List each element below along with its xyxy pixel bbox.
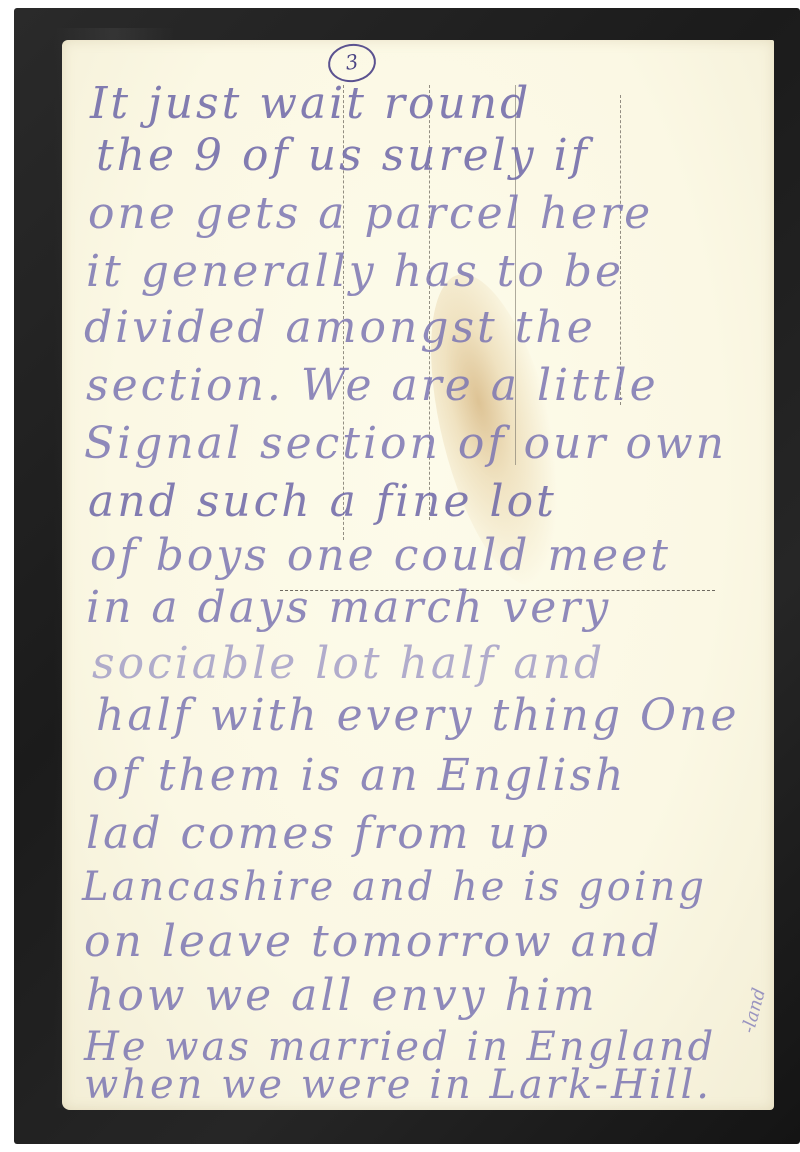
handwritten-line-8: and such a fine lot bbox=[88, 476, 557, 527]
handwritten-line-7: Signal section of our own bbox=[84, 418, 727, 469]
handwritten-line-17: how we all envy him bbox=[86, 970, 598, 1021]
handwritten-line-13: of them is an English bbox=[92, 750, 626, 801]
handwritten-line-16: on leave tomorrow and bbox=[84, 916, 662, 967]
handwritten-line-6: section. We are a little bbox=[86, 360, 659, 411]
handwritten-line-12: half with every thing One bbox=[96, 690, 740, 741]
handwritten-line-3: one gets a parcel here bbox=[88, 188, 653, 239]
handwritten-line-11: sociable lot half and bbox=[92, 638, 605, 689]
handwritten-line-2: the 9 of us surely if bbox=[96, 130, 590, 181]
scanned-postcard: 3 It just wait round the 9 of us surely … bbox=[0, 0, 800, 1152]
handwritten-line-9: of boys one could meet bbox=[90, 530, 671, 581]
handwritten-line-15: Lancashire and he is going bbox=[82, 864, 707, 910]
handwritten-line-14: lad comes from up bbox=[86, 808, 551, 859]
handwritten-line-4: it generally has to be bbox=[86, 246, 624, 297]
handwritten-line-5: divided amongst the bbox=[84, 302, 596, 353]
handwritten-line-1: It just wait round bbox=[90, 78, 531, 129]
handwritten-line-10: in a days march very bbox=[86, 582, 611, 633]
handwritten-line-19: when we were in Lark-Hill. bbox=[84, 1062, 712, 1108]
